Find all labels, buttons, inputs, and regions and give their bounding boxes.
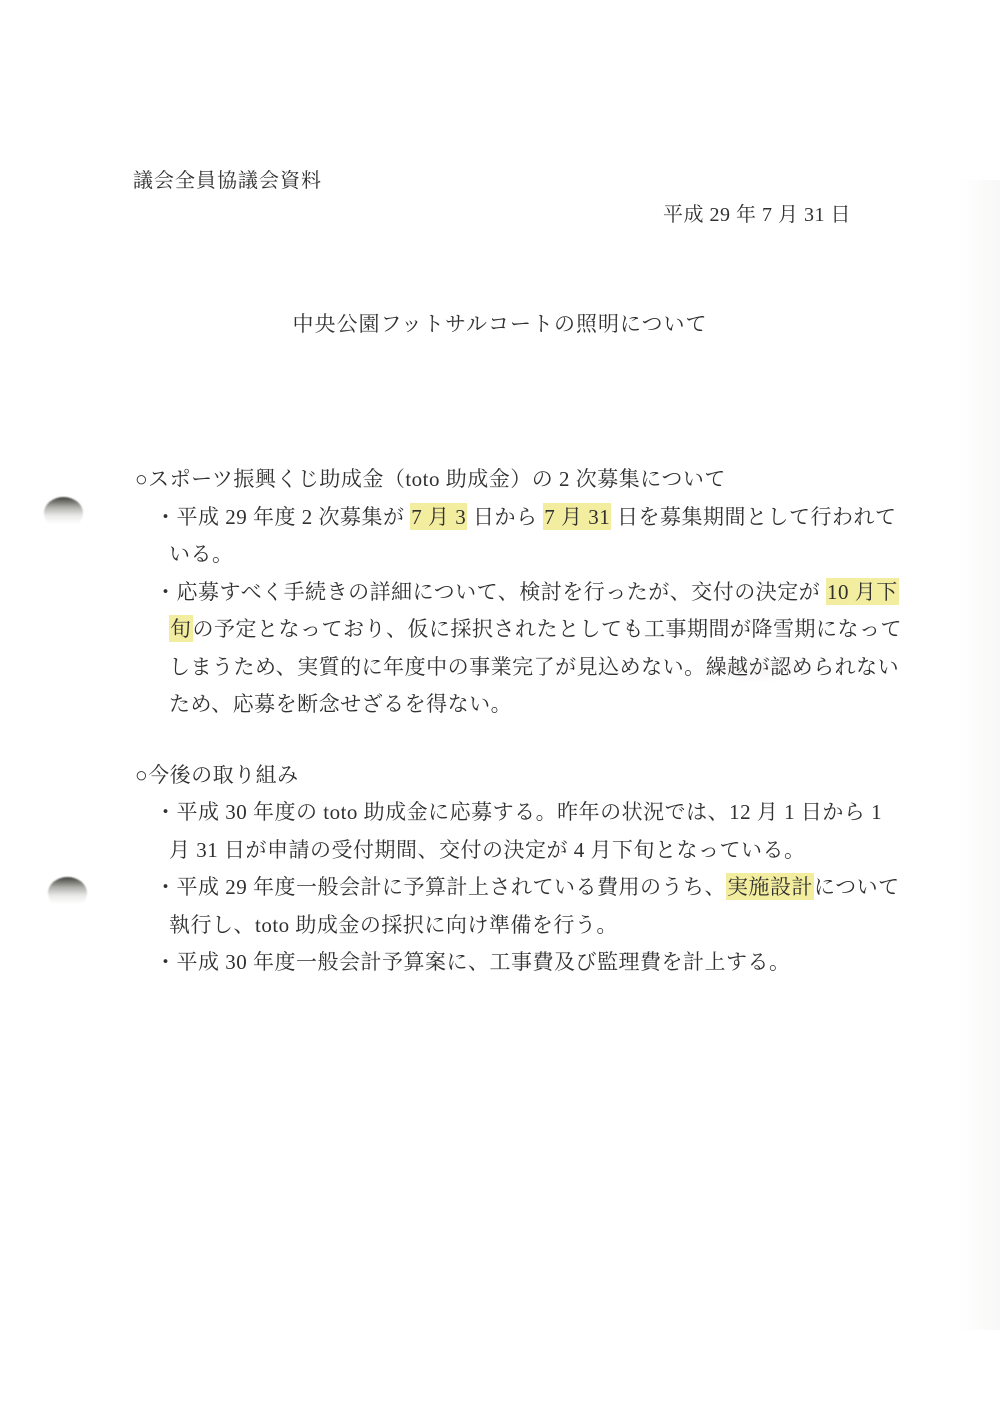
bullet-line: 月 31 日が申請の受付期間、交付の決定が 4 月下旬となっている。	[135, 832, 895, 870]
bullet-line: 執行し、toto 助成金の採択に向け準備を行う。	[135, 907, 895, 945]
bullet-line: ・平成 30 年度の toto 助成金に応募する。昨年の状況では、12 月 1 …	[135, 794, 895, 832]
bullet-line: ・平成 30 年度一般会計予算案に、工事費及び監理費を計上する。	[135, 944, 895, 982]
scan-edge-shading	[958, 180, 1000, 1330]
highlighted-text: 旬	[169, 615, 193, 642]
body-text: ため、応募を断念せざるを得ない。	[169, 692, 512, 716]
body-text: 日から	[467, 505, 543, 529]
body-text: 執行し、toto 助成金の採択に向け準備を行う。	[169, 913, 618, 937]
bullet-line: 旬の予定となっており、仮に採択されたとしても工事期間が降雪期になって	[135, 611, 895, 649]
body-text: の予定となっており、仮に採択されたとしても工事期間が降雪期になって	[193, 617, 903, 641]
section-2-bullets: ・平成 30 年度の toto 助成金に応募する。昨年の状況では、12 月 1 …	[135, 794, 895, 982]
body-text: ・平成 29 年度一般会計に予算計上されている費用のうち、	[155, 875, 726, 899]
bullet-line: いる。	[135, 536, 895, 574]
punch-hole-artifact-top	[44, 497, 83, 529]
bullet-line: ・平成 29 年度一般会計に予算計上されている費用のうち、実施設計について	[135, 869, 895, 907]
body-text: しまうため、実質的に年度中の事業完了が見込めない。繰越が認められない	[169, 655, 899, 679]
body-text: ・応募すべく手続きの詳細について、検討を行ったが、交付の決定が	[155, 580, 826, 604]
body-text: 月 31 日が申請の受付期間、交付の決定が 4 月下旬となっている。	[169, 838, 806, 862]
bullet-line: ため、応募を断念せざるを得ない。	[135, 686, 895, 724]
body-text: 日を募集期間として行われて	[611, 505, 896, 529]
document-body: ○スポーツ振興くじ助成金（toto 助成金）の 2 次募集について ・平成 29…	[135, 461, 895, 982]
body-text: について	[814, 875, 900, 899]
bullet-line: ・平成 29 年度 2 次募集が 7 月 3 日から 7 月 31 日を募集期間…	[135, 499, 895, 537]
section-1-heading: ○スポーツ振興くじ助成金（toto 助成金）の 2 次募集について	[135, 461, 895, 499]
body-text: ・平成 30 年度一般会計予算案に、工事費及び監理費を計上する。	[155, 950, 791, 974]
document-category-label: 議会全員協議会資料	[133, 164, 322, 193]
body-text: いる。	[169, 542, 234, 566]
bullet-line: ・応募すべく手続きの詳細について、検討を行ったが、交付の決定が 10 月下	[135, 574, 895, 612]
body-text: ・平成 29 年度 2 次募集が	[155, 505, 410, 529]
section-2-heading: ○今後の取り組み	[135, 757, 895, 795]
body-text: ・平成 30 年度の toto 助成金に応募する。昨年の状況では、12 月 1 …	[155, 800, 882, 824]
section-1-bullets: ・平成 29 年度 2 次募集が 7 月 3 日から 7 月 31 日を募集期間…	[135, 499, 895, 724]
highlighted-text: 10 月下	[826, 578, 899, 605]
section-gap	[135, 724, 895, 757]
bullet-line: しまうため、実質的に年度中の事業完了が見込めない。繰越が認められない	[135, 649, 895, 687]
highlighted-text: 実施設計	[726, 873, 814, 900]
document-date: 平成 29 年 7 月 31 日	[663, 198, 851, 227]
scanned-document-page: { "colors": { "highlight": "#f3eda0", "t…	[0, 0, 1000, 1409]
punch-hole-artifact-bottom	[48, 877, 87, 909]
document-title: 中央公園フットサルコートの照明について	[0, 308, 1000, 338]
highlighted-text: 7 月 3	[410, 503, 467, 530]
highlighted-text: 7 月 31	[543, 503, 611, 530]
